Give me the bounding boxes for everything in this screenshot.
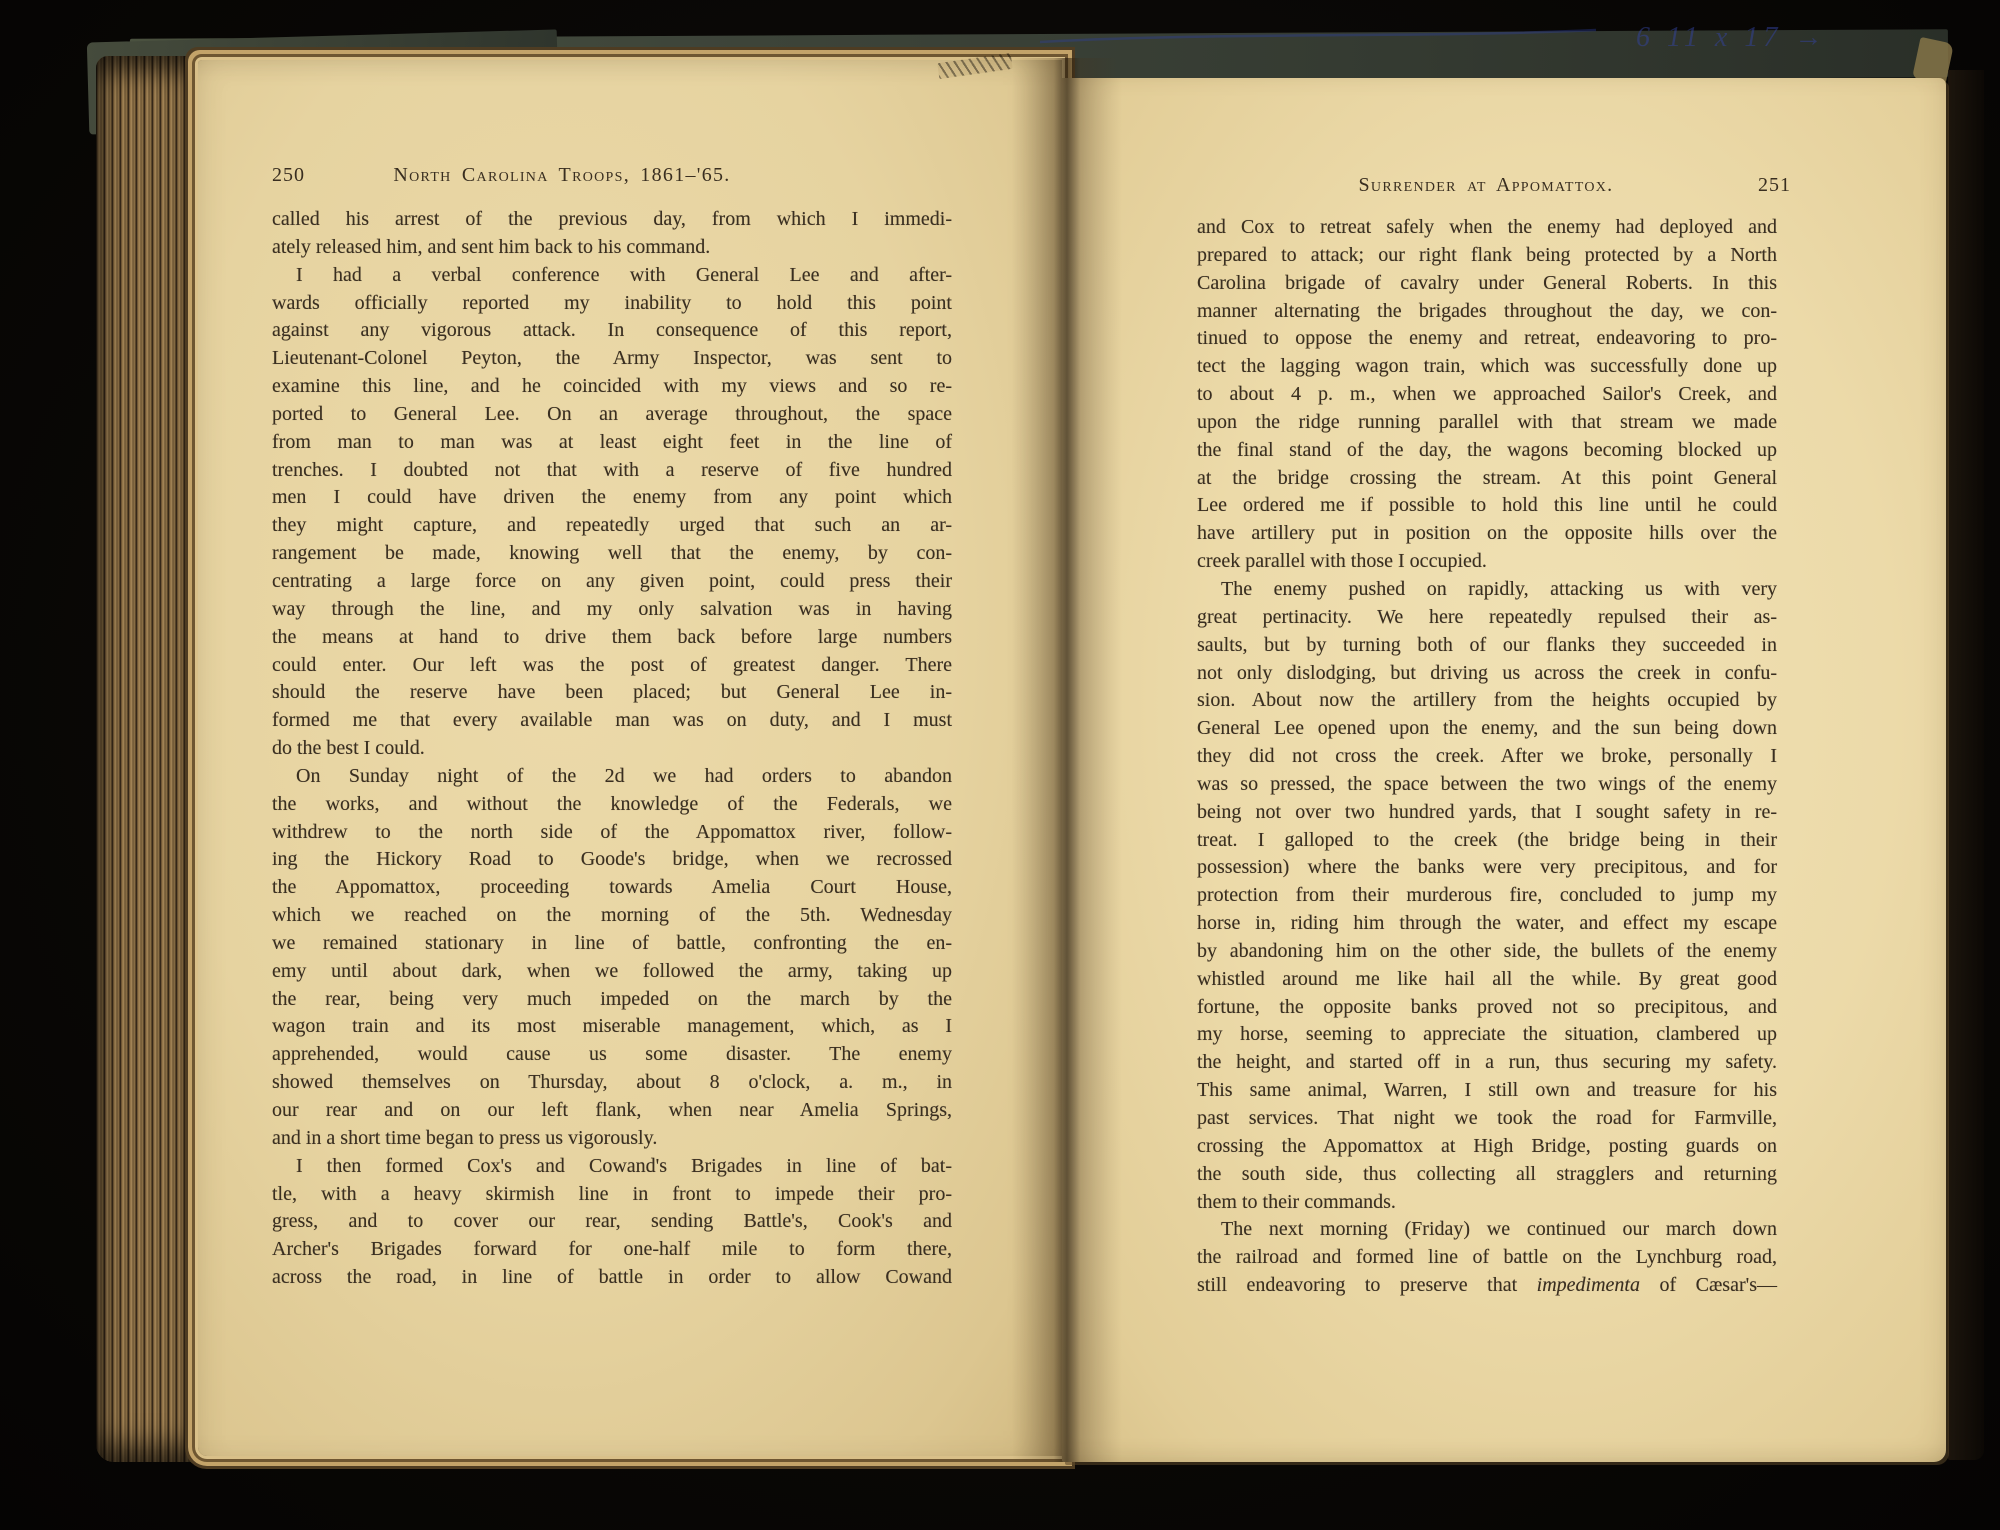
text-line: the south side, thus collecting all stra…	[1197, 1161, 1777, 1189]
text-line: the railroad and formed line of battle o…	[1197, 1244, 1777, 1272]
text-line: manner alternating the brigades througho…	[1197, 298, 1777, 326]
text-line: prepared to attack; our right flank bein…	[1197, 242, 1777, 270]
text-line: to about 4 p. m., when we approached Sai…	[1197, 381, 1777, 409]
text-line: and Cox to retreat safely when the enemy…	[1197, 214, 1777, 242]
text-line: the rear, being very much impeded on the…	[272, 986, 952, 1014]
text-line: past services. That night we took the ro…	[1197, 1105, 1777, 1133]
paragraph: I then formed Cox's and Cowand's Brigade…	[272, 1153, 952, 1292]
text-line: called his arrest of the previous day, f…	[272, 206, 952, 234]
text-line: by abandoning him on the other side, the…	[1197, 938, 1777, 966]
text-line: treat. I galloped to the creek (the brid…	[1197, 827, 1777, 855]
text-line: wards officially reported my inability t…	[272, 290, 952, 318]
text-line: tinued to oppose the enemy and retreat, …	[1197, 325, 1777, 353]
text-line: horse in, riding him through the water, …	[1197, 910, 1777, 938]
text-line: them to their commands.	[1197, 1189, 1777, 1217]
paragraph: On Sunday night of the 2d we had orders …	[272, 763, 952, 1153]
text-line: at the bridge crossing the stream. At th…	[1197, 465, 1777, 493]
right-page-number: 251	[1758, 174, 1791, 197]
right-header-title: Surrender at Appomattox.	[1197, 174, 1775, 197]
text-line: our rear and on our left flank, when nea…	[272, 1097, 952, 1125]
text-line: rangement be made, knowing well that the…	[272, 540, 952, 568]
right-page: Surrender at Appomattox. 251 and Cox to …	[1062, 78, 1946, 1462]
left-page-text: called his arrest of the previous day, f…	[272, 206, 952, 1292]
text-line: was so pressed, the space between the tw…	[1197, 771, 1777, 799]
paragraph: called his arrest of the previous day, f…	[272, 206, 952, 262]
text-line: upon the ridge running parallel with tha…	[1197, 409, 1777, 437]
text-line: which we reached on the morning of the 5…	[272, 902, 952, 930]
text-line: I had a verbal conference with General L…	[272, 262, 952, 290]
text-line: whistled around me like hail all the whi…	[1197, 966, 1777, 994]
text-line: ately released him, and sent him back to…	[272, 234, 952, 262]
text-line: apprehended, would cause us some disaste…	[272, 1041, 952, 1069]
text-line: men I could have driven the enemy from a…	[272, 484, 952, 512]
text-line: tect the lagging wagon train, which was …	[1197, 353, 1777, 381]
text-line: being not over two hundred yards, that I…	[1197, 799, 1777, 827]
text-line: sion. About now the artillery from the h…	[1197, 687, 1777, 715]
text-line: still endeavoring to preserve that imped…	[1197, 1272, 1777, 1300]
text-line: fortune, the opposite banks proved not s…	[1197, 994, 1777, 1022]
right-page-text: and Cox to retreat safely when the enemy…	[1197, 214, 1777, 1300]
text-line: way through the line, and my only salvat…	[272, 596, 952, 624]
text-line: have artillery put in position on the op…	[1197, 520, 1777, 548]
text-line: they did not cross the creek. After we b…	[1197, 743, 1777, 771]
text-line: The enemy pushed on rapidly, attacking u…	[1197, 576, 1777, 604]
text-line: The next morning (Friday) we continued o…	[1197, 1216, 1777, 1244]
paragraph: and Cox to retreat safely when the enemy…	[1197, 214, 1777, 576]
text-line: This same animal, Warren, I still own an…	[1197, 1077, 1777, 1105]
text-line: the Appomattox, proceeding towards Ameli…	[272, 874, 952, 902]
text-line: protection from their murderous fire, co…	[1197, 882, 1777, 910]
text-line: should the reserve have been placed; but…	[272, 679, 952, 707]
text-line: crossing the Appomattox at High Bridge, …	[1197, 1133, 1777, 1161]
text-line: withdrew to the north side of the Appoma…	[272, 819, 952, 847]
text-line: examine this line, and he coincided with…	[272, 373, 952, 401]
text-line: Lieutenant-Colonel Peyton, the Army Insp…	[272, 345, 952, 373]
text-line: showed themselves on Thursday, about 8 o…	[272, 1069, 952, 1097]
paragraph: I had a verbal conference with General L…	[272, 262, 952, 763]
text-line: and in a short time began to press us vi…	[272, 1125, 952, 1153]
left-running-header: 250 North Carolina Troops, 1861–'65.	[272, 164, 952, 190]
text-line: they might capture, and repeatedly urged…	[272, 512, 952, 540]
book-photo: 6 11 x 17 → 250 North Carolina Troops, 1…	[0, 0, 2000, 1530]
text-line: I then formed Cox's and Cowand's Brigade…	[272, 1153, 952, 1181]
paragraph: The next morning (Friday) we continued o…	[1197, 1216, 1777, 1300]
text-line: my horse, seeming to appreciate the situ…	[1197, 1021, 1777, 1049]
text-line: the means at hand to drive them back bef…	[272, 624, 952, 652]
text-line: the height, and started off in a run, th…	[1197, 1049, 1777, 1077]
text-line: Lee ordered me if possible to hold this …	[1197, 492, 1777, 520]
text-line: not only dislodging, but driving us acro…	[1197, 660, 1777, 688]
text-line: the final stand of the day, the wagons b…	[1197, 437, 1777, 465]
text-line: great pertinacity. We here repeatedly re…	[1197, 604, 1777, 632]
handwriting-text: 6 11 x 17 →	[1636, 22, 1827, 53]
paragraph: The enemy pushed on rapidly, attacking u…	[1197, 576, 1777, 1216]
text-line: wagon train and its most miserable manag…	[272, 1013, 952, 1041]
text-line: from man to man was at least eight feet …	[272, 429, 952, 457]
page-edges-stack	[96, 56, 198, 1462]
text-line: Archer's Brigades forward for one-half m…	[272, 1236, 952, 1264]
text-line: we remained stationary in line of battle…	[272, 930, 952, 958]
text-line: the works, and without the knowledge of …	[272, 791, 952, 819]
left-page: 250 North Carolina Troops, 1861–'65. cal…	[198, 60, 1062, 1456]
text-line: tle, with a heavy skirmish line in front…	[272, 1181, 952, 1209]
left-header-title: North Carolina Troops, 1861–'65.	[332, 164, 792, 187]
text-line: centrating a large force on any given po…	[272, 568, 952, 596]
text-line: On Sunday night of the 2d we had orders …	[272, 763, 952, 791]
text-line: creek parallel with those I occupied.	[1197, 548, 1777, 576]
right-running-header: Surrender at Appomattox. 251	[1197, 174, 1775, 200]
text-line: could enter. Our left was the post of gr…	[272, 652, 952, 680]
text-line: do the best I could.	[272, 735, 952, 763]
text-line: possession) where the banks were very pr…	[1197, 854, 1777, 882]
shelf-mark-handwriting: 6 11 x 17 →	[1000, 2, 1920, 68]
book-cover-right-edge	[1948, 70, 1984, 1460]
text-line: gress, and to cover our rear, sending Ba…	[272, 1208, 952, 1236]
text-line: formed me that every available man was o…	[272, 707, 952, 735]
handwriting-line	[1040, 30, 1596, 42]
text-line: emy until about dark, when we followed t…	[272, 958, 952, 986]
text-line: General Lee opened upon the enemy, and t…	[1197, 715, 1777, 743]
text-line: trenches. I doubted not that with a rese…	[272, 457, 952, 485]
text-line: against any vigorous attack. In conseque…	[272, 317, 952, 345]
left-page-number: 250	[272, 164, 305, 187]
text-line: ing the Hickory Road to Goode's bridge, …	[272, 846, 952, 874]
text-line: ported to General Lee. On an average thr…	[272, 401, 952, 429]
text-line: across the road, in line of battle in or…	[272, 1264, 952, 1292]
text-line: saults, but by turning both of our flank…	[1197, 632, 1777, 660]
text-line: Carolina brigade of cavalry under Genera…	[1197, 270, 1777, 298]
